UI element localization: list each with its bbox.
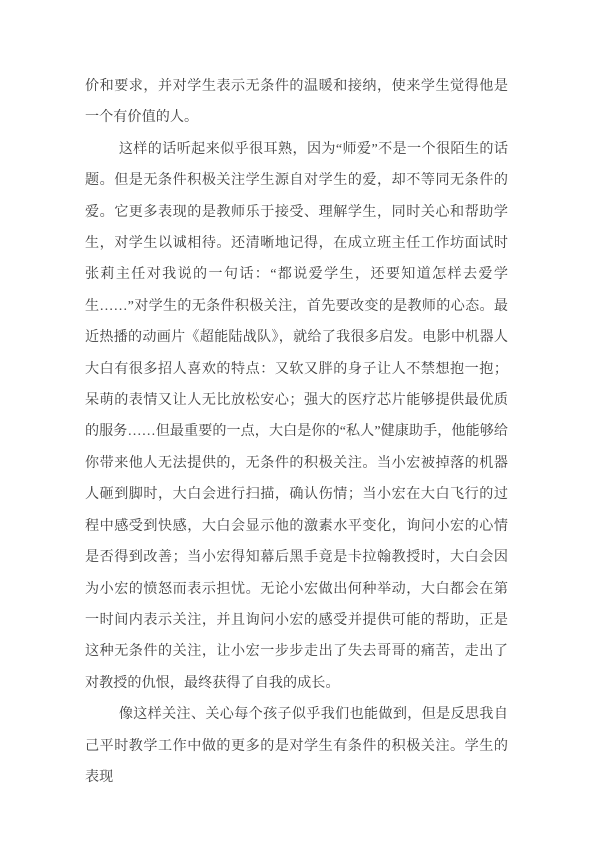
paragraph: 这样的话听起来似乎很耳熟，因为“师爱”不是一个很陌生的话题。但是无条件积极关注学…	[85, 134, 508, 699]
paragraph: 像这样关注、关心每个孩子似乎我们也能做到，但是反思我自己平时教学工作中做的更多的…	[85, 699, 508, 793]
paragraph: 价和要求，并对学生表示无条件的温暖和接纳，使来学生觉得他是一个有价值的人。	[85, 71, 508, 134]
document-text: 价和要求，并对学生表示无条件的温暖和接纳，使来学生觉得他是一个有价值的人。这样的…	[85, 71, 508, 793]
document-page: 价和要求，并对学生表示无条件的温暖和接纳，使来学生觉得他是一个有价值的人。这样的…	[0, 0, 600, 848]
